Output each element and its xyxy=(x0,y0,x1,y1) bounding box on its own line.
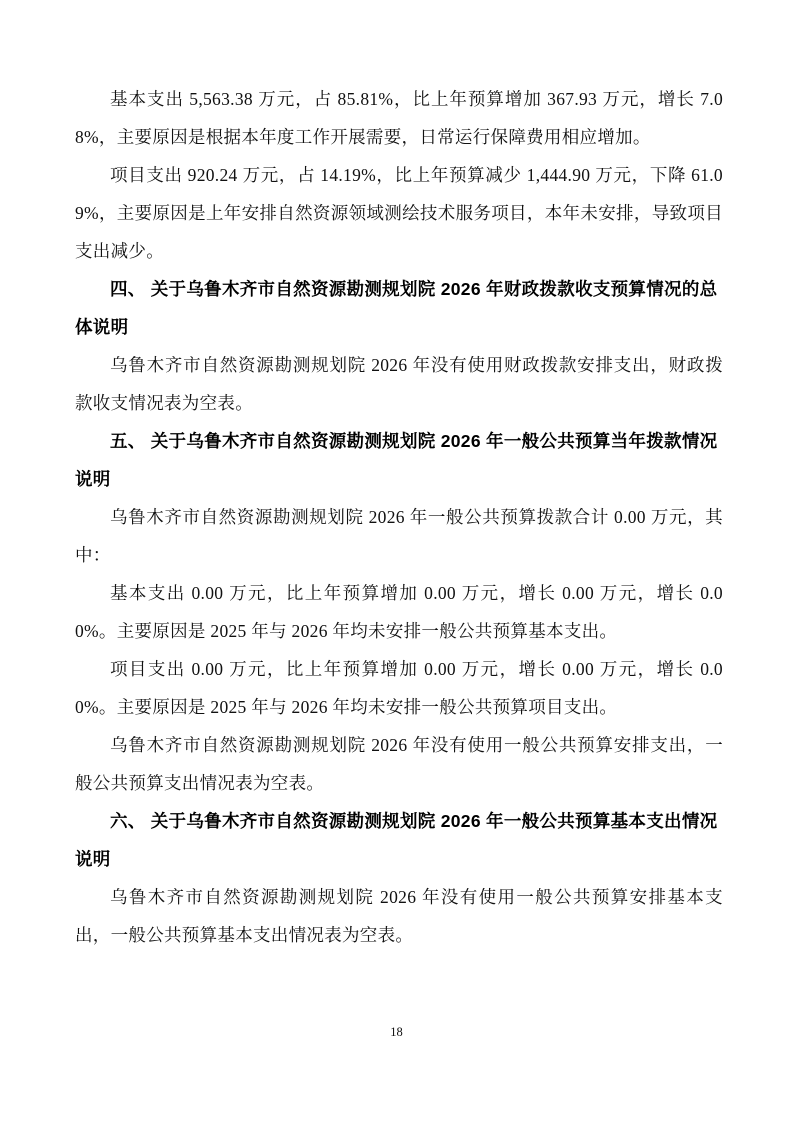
body-paragraph: 乌鲁木齐市自然资源勘测规划院 2026 年没有使用财政拨款安排支出，财政拨款收支… xyxy=(75,346,723,422)
section-heading: 四、 关于乌鲁木齐市自然资源勘测规划院 2026 年财政拨款收支预算情况的总体说… xyxy=(75,270,723,346)
body-paragraph: 基本支出 0.00 万元，比上年预算增加 0.00 万元，增长 0.00 万元，… xyxy=(75,574,723,650)
document-page: 基本支出 5,563.38 万元，占 85.81%，比上年预算增加 367.93… xyxy=(0,0,793,1122)
body-paragraph: 乌鲁木齐市自然资源勘测规划院 2026 年一般公共预算拨款合计 0.00 万元，… xyxy=(75,498,723,574)
body-paragraph: 乌鲁木齐市自然资源勘测规划院 2026 年没有使用一般公共预算安排基本支出，一般… xyxy=(75,878,723,954)
body-paragraph: 项目支出 920.24 万元，占 14.19%，比上年预算减少 1,444.90… xyxy=(75,156,723,270)
body-paragraph: 项目支出 0.00 万元，比上年预算增加 0.00 万元，增长 0.00 万元，… xyxy=(75,650,723,726)
body-paragraph: 乌鲁木齐市自然资源勘测规划院 2026 年没有使用一般公共预算安排支出，一般公共… xyxy=(75,726,723,802)
body-paragraph: 基本支出 5,563.38 万元，占 85.81%，比上年预算增加 367.93… xyxy=(75,80,723,156)
section-heading: 六、 关于乌鲁木齐市自然资源勘测规划院 2026 年一般公共预算基本支出情况说明 xyxy=(75,802,723,878)
page-number: 18 xyxy=(0,1024,793,1040)
section-heading: 五、 关于乌鲁木齐市自然资源勘测规划院 2026 年一般公共预算当年拨款情况说明 xyxy=(75,422,723,498)
document-content: 基本支出 5,563.38 万元，占 85.81%，比上年预算增加 367.93… xyxy=(75,80,723,954)
